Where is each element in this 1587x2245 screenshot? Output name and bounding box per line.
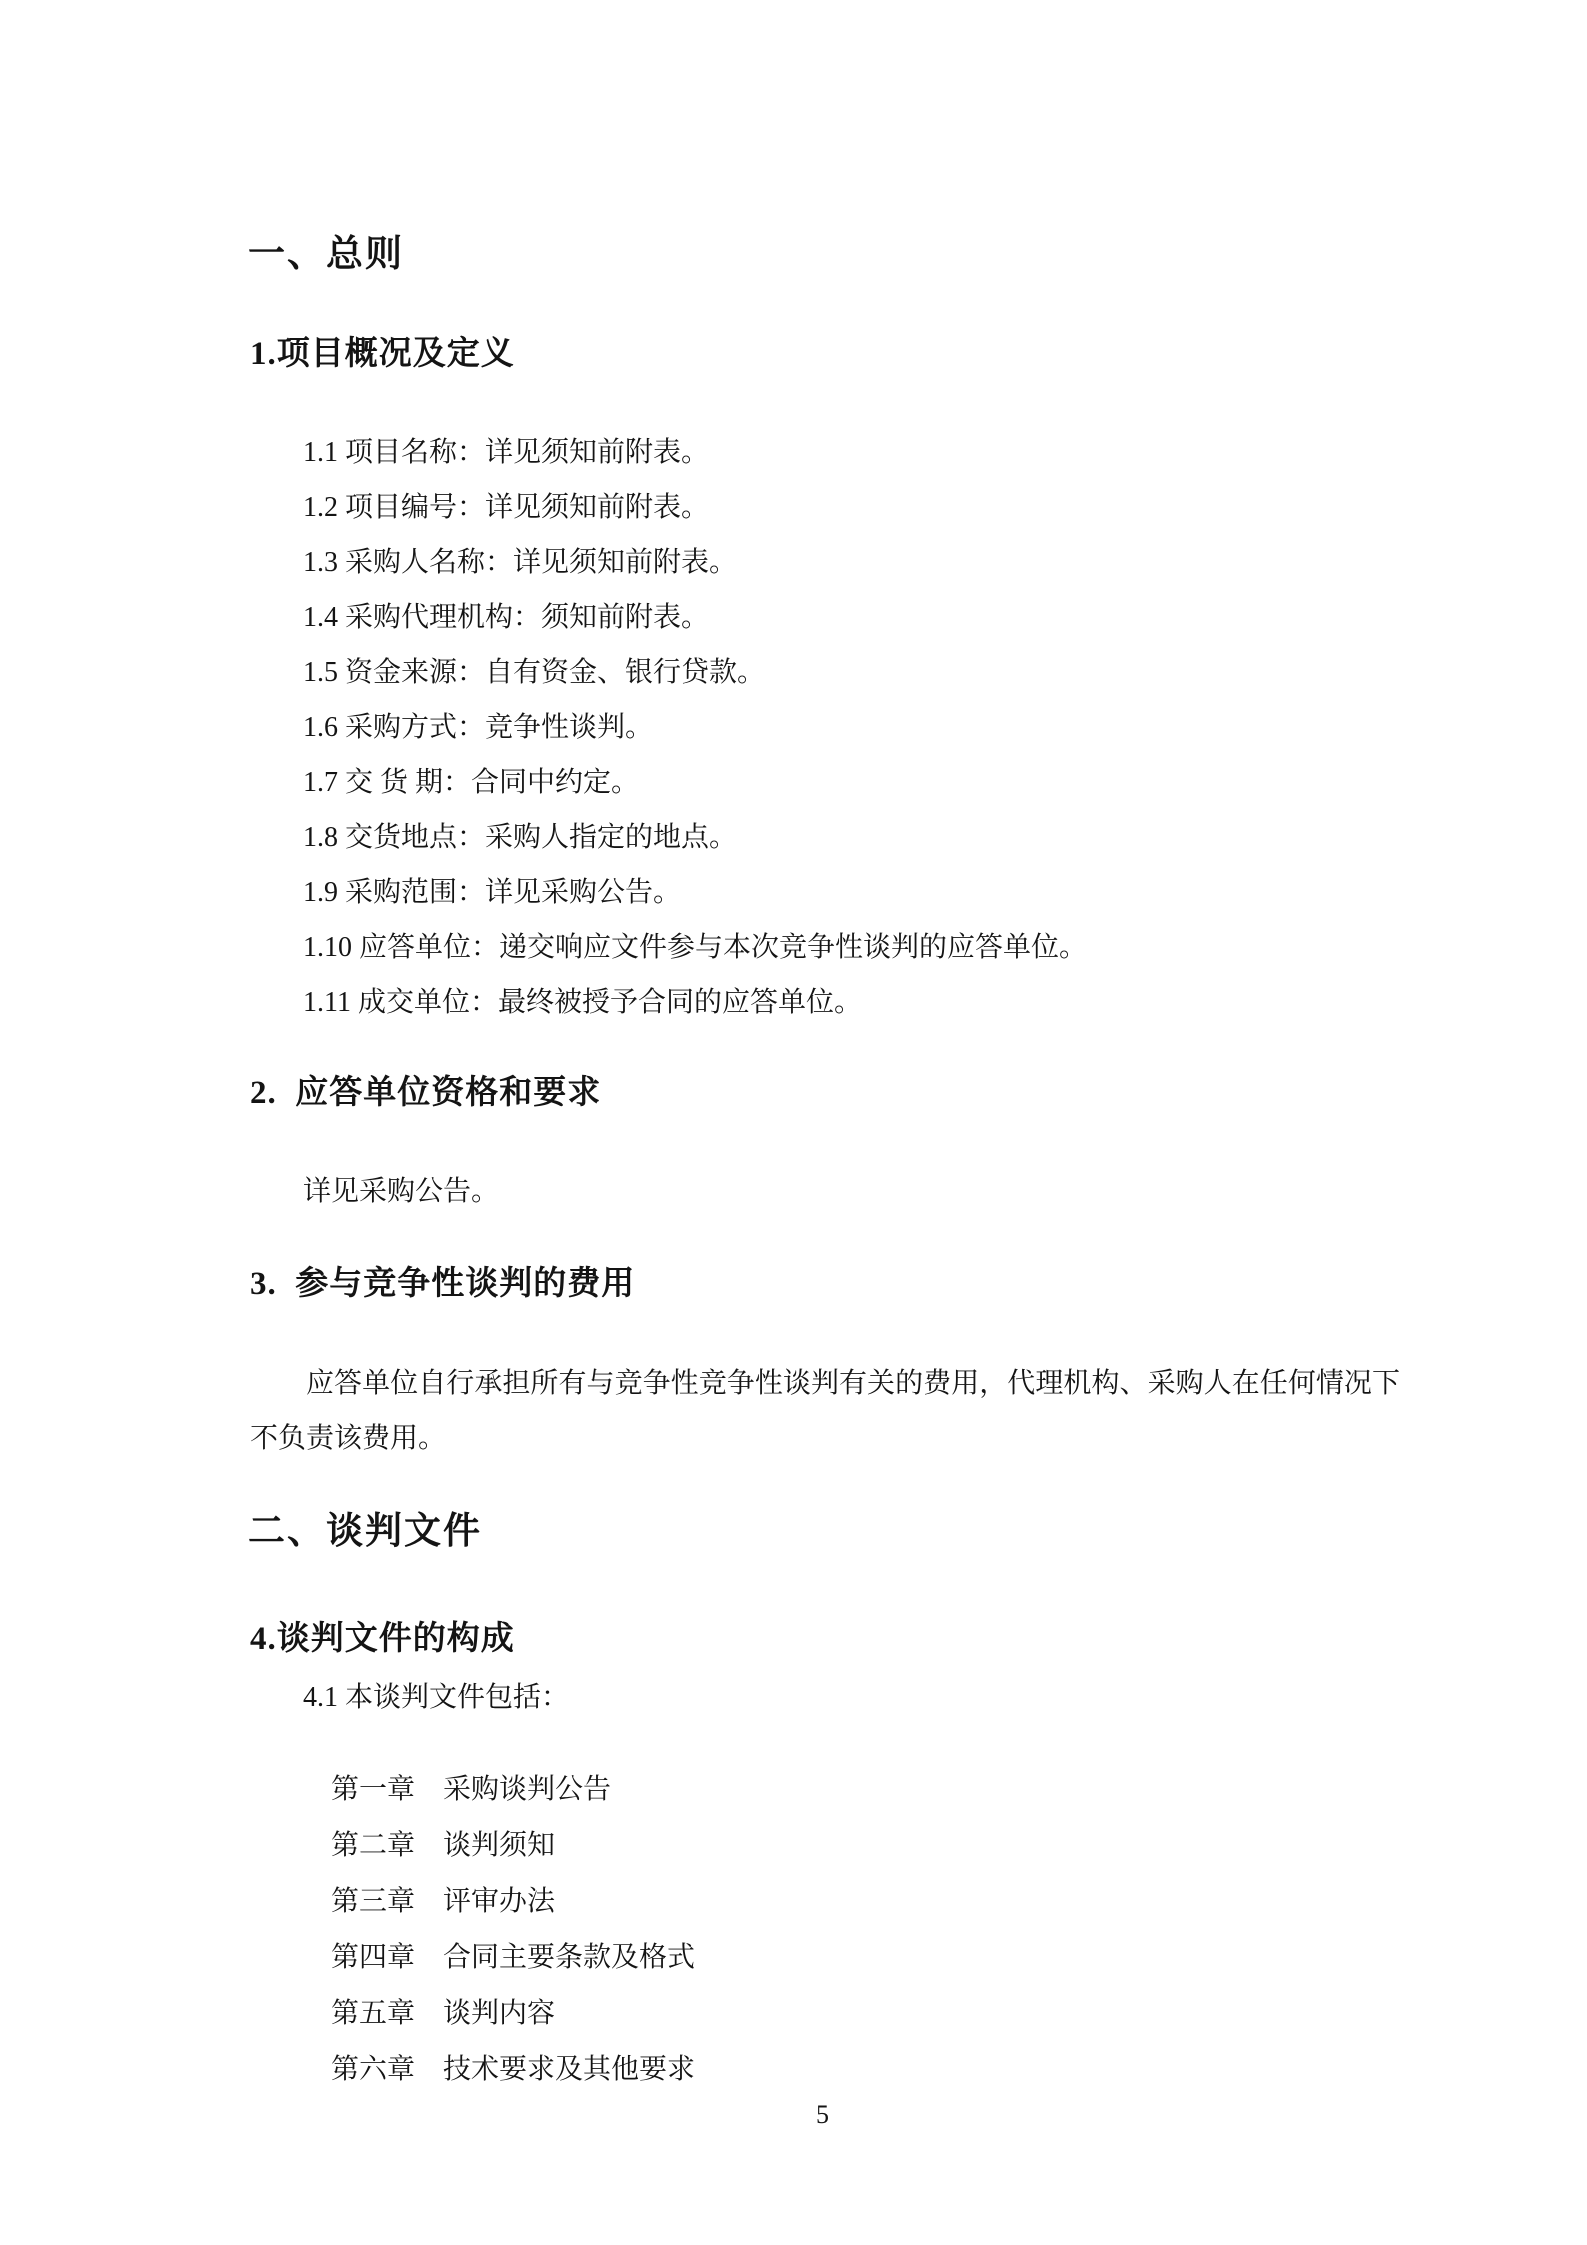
section4-title: 4.谈判文件的构成 <box>250 1618 515 1660</box>
clause-item-1-11: 1.11 成交单位：最终被授予合同的应答单位。 <box>303 985 862 1021</box>
section2-body: 详见采购公告。 <box>303 1174 499 1210</box>
chapter-label: 第六章 <box>331 2052 415 2088</box>
clause-item-1-9: 1.9 采购范围：详见采购公告。 <box>303 875 681 911</box>
section2-title: 2. 应答单位资格和要求 <box>250 1072 601 1114</box>
clause-item-1-4: 1.4 采购代理机构：须知前附表。 <box>303 600 709 636</box>
section1-title: 1.项目概况及定义 <box>250 333 515 375</box>
chapter-title: 技术要求及其他要求 <box>443 2054 695 2085</box>
clause-item-1-2: 1.2 项目编号：详见须知前附表。 <box>303 490 709 526</box>
clause-item-1-3: 1.3 采购人名称：详见须知前附表。 <box>303 545 737 581</box>
clause-item-1-1: 1.1 项目名称：详见须知前附表。 <box>303 435 709 471</box>
section3-title: 3. 参与竞争性谈判的费用 <box>250 1263 635 1305</box>
page-number: 5 <box>250 2099 1395 2131</box>
section3-body: 应答单位自行承担所有与竞争性竞争性谈判有关的费用，代理机构、采购人在任何情况下不… <box>250 1356 1400 1466</box>
section4-intro: 4.1 本谈判文件包括： <box>303 1680 569 1716</box>
clause-item-1-7: 1.7 交 货 期：合同中约定。 <box>303 765 639 801</box>
part1-heading: 一、总则 <box>248 232 404 278</box>
clause-item-1-5: 1.5 资金来源：自有资金、银行贷款。 <box>303 655 765 691</box>
document-page: 一、总则 1.项目概况及定义 1.1 项目名称：详见须知前附表。 1.2 项目编… <box>0 0 1587 2245</box>
clause-item-1-6: 1.6 采购方式：竞争性谈判。 <box>303 710 653 746</box>
clause-item-1-8: 1.8 交货地点：采购人指定的地点。 <box>303 820 737 856</box>
clause-item-1-10: 1.10 应答单位：递交响应文件参与本次竞争性谈判的应答单位。 <box>303 930 1087 966</box>
part2-heading: 二、谈判文件 <box>248 1509 482 1555</box>
